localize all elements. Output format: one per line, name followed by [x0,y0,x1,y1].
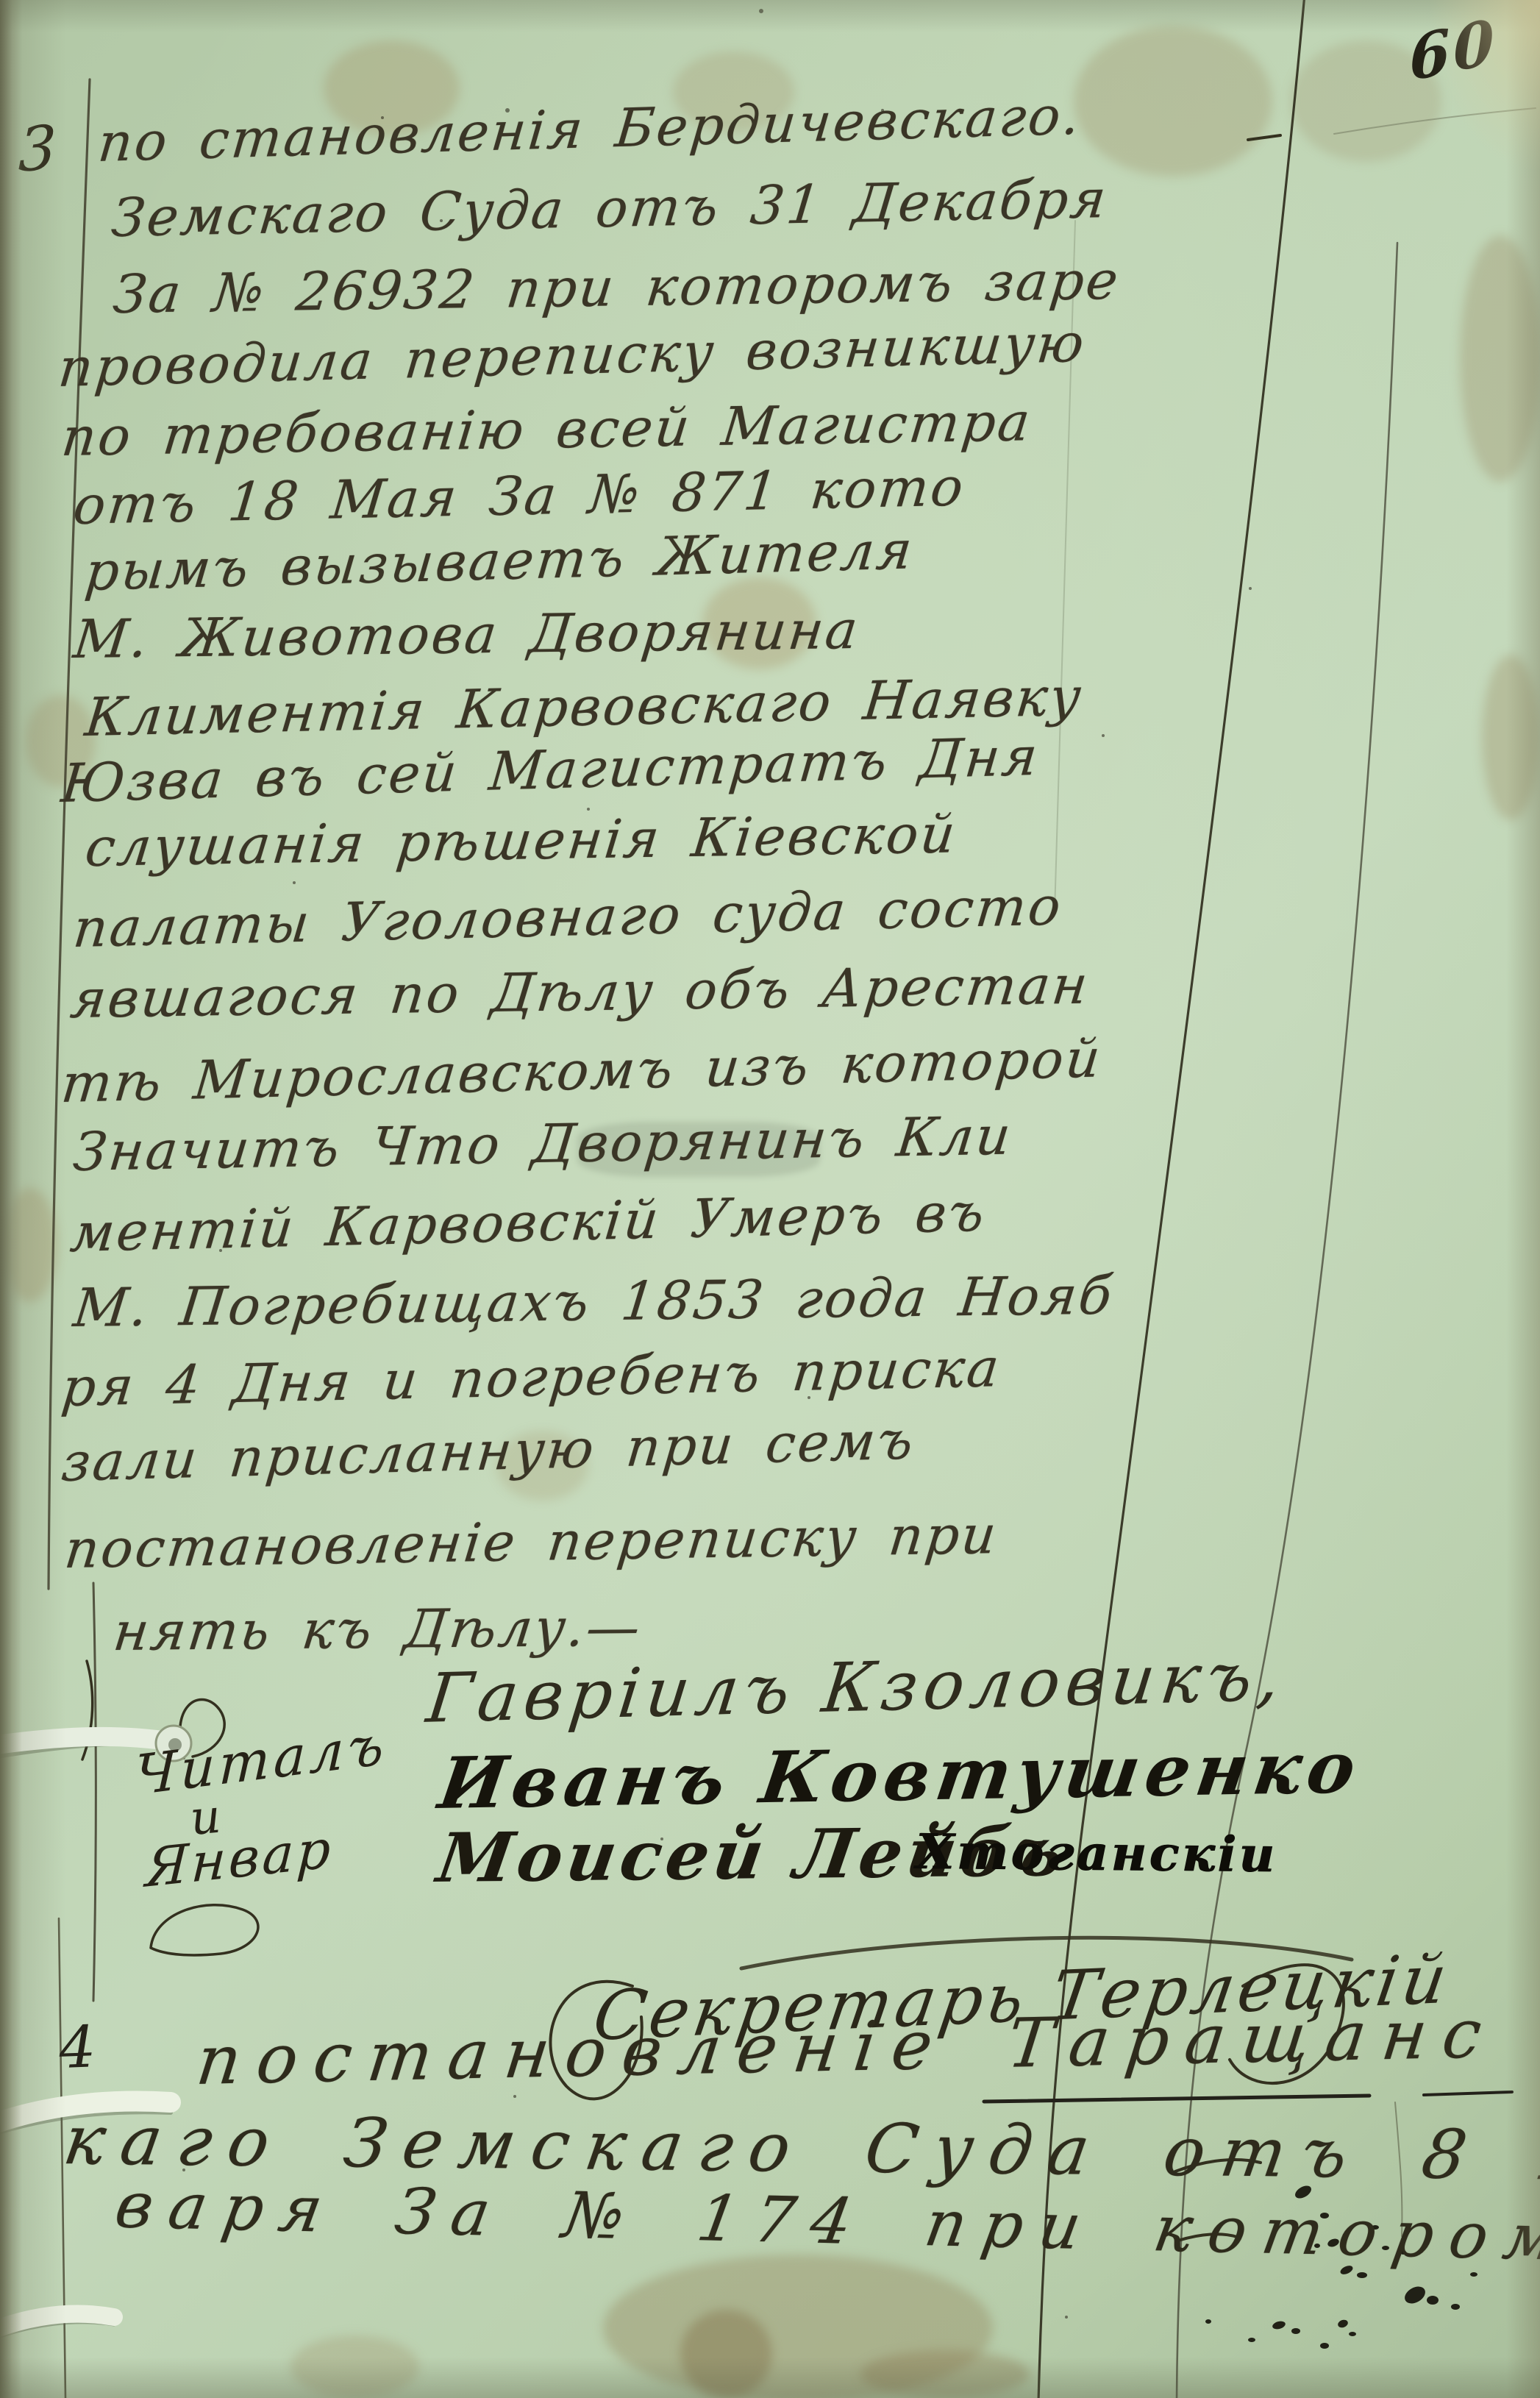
manuscript-line: М. Животова Дворянина [71,599,863,670]
foxing-stain [1074,26,1272,177]
margin-tick [1248,135,1280,140]
manuscript-line: явшагося по Дѣлу объ Арестан [68,954,1093,1030]
foxing-stain [1482,655,1539,820]
foxing-stain [673,51,794,132]
ink-splatter [1205,2183,1477,2349]
manuscript-line: М. Погребищахъ 1853 года Нояб [71,1264,1117,1339]
signature-flourish [550,1982,641,2099]
signature-underline [1424,2092,1512,2095]
manuscript-line: палаты Уголовнаго суда состо [71,875,1066,959]
manuscript-line: слушанія рѣшенія Кіевской [82,803,960,878]
foxing-stain [2,1188,57,1302]
page-edge-shadow [1506,0,1540,2398]
margin-rule-upper [49,79,90,1589]
manuscript-line: постановленіе Таращанс [193,1994,1502,2100]
scan-marks-overlay [0,0,1540,2398]
manuscript-line: ря 4 Дня и погребенъ приска [59,1337,1004,1418]
margin-note-flourish [82,1661,93,1760]
manuscript-line: проводила переписку возникшую [56,312,1089,399]
book-gutter-shadow [0,0,22,2398]
manuscript-line: по становленія Бердичевскаго. [96,84,1085,174]
manuscript-line: тѣ Мирославскомъ изъ которой [59,1027,1105,1114]
stray-stroke [1175,2160,1261,2171]
margin-note-line: и [188,1790,224,1846]
manuscript-line: по требованію всей Магистра [59,391,1035,468]
manuscript-line: ментій Карвовскій Умеръ въ [68,1181,989,1264]
entry-number: 3 [18,113,57,186]
water-stain [860,2350,1030,2398]
column-rule-outer [1177,243,1397,2398]
manuscript-line: Значитъ Что Дворянинъ Кли [71,1105,1016,1183]
column-rule-inner [1038,0,1305,2398]
manuscript-line: постановленіе переписку при [62,1504,1001,1580]
dust-specks [182,9,1252,2319]
ink-showthrough [577,1122,820,1177]
pencil-scratch [1334,108,1536,134]
page-edge-shadow [0,0,1540,32]
entry-number: 4 [58,2014,97,2082]
margin-rule-lower [59,1918,65,2398]
secretary-signature: Секретарь Терлецкій [588,1939,1455,2056]
margin-rule-middle [93,1583,96,2001]
manuscript-line: Климентія Карвовскаго Наявку [82,665,1086,748]
water-stain [603,2255,993,2398]
paper-crease [1395,2102,1402,2236]
manuscript-line: каго Земскаго Суда отъ 8 Ген [59,2101,1540,2196]
pen-flourishes [82,1661,1352,2241]
margin-note-flourish [151,1905,258,1955]
margin-note-line: Читалъ [134,1713,388,1808]
manuscript-line: За № 26932 при которомъ заре [110,249,1123,325]
foxing-stain [26,695,96,787]
foxing-stain [702,577,816,669]
signature-flourish [1230,1965,1344,2083]
book-gutter-shadow [0,0,66,2398]
ruled-lines [49,0,1536,2398]
manuscript-line: Земскаго Суда отъ 31 Декабря [109,168,1111,249]
stray-stroke [1178,2234,1237,2241]
clerk-signature: Гавріилъ Кзоловикъ, [423,1637,1290,1738]
witness-signature: Иванъ Ковтушенко [434,1726,1366,1825]
manuscript-line: Юзва въ сей Магистратъ Дня [59,725,1042,814]
binding-thread [0,1726,191,2338]
signature-underline [984,2096,1369,2102]
foxing-stain [290,2335,419,2398]
signature-flourish [741,1938,1352,1968]
manuscript-line: отъ 18 Мая За № 871 кото [71,455,968,536]
foxing-stain [496,1431,588,1501]
water-stain [680,2310,772,2398]
manuscript-line: нять къ Дѣлу.— [110,1596,645,1662]
manuscript-line: зали присланную при семъ [59,1409,918,1493]
folio-number: 60 [1408,5,1499,96]
witness-signature: Моисей Лейбъ [432,1812,1074,1898]
margin-note-flourish [180,1700,225,1758]
foxing-stain [1460,235,1540,482]
manuscript-page: 60 3 по становленія Бердичевскаго. Земск… [0,0,1540,2398]
page-edge-shadow [0,2357,1540,2398]
manuscript-line: рымъ вызываетъ Жителя [82,519,917,602]
paper-crease [1055,221,1075,912]
margin-note-line: Январ [144,1817,335,1899]
ink-addition: Хтоганскіи [916,1823,1277,1883]
page-corner-stain [1430,0,1540,169]
foxing-stain [324,40,460,136]
foxing-stain [1291,40,1441,162]
manuscript-line: варя За № 174 при которомъ [110,2168,1540,2276]
